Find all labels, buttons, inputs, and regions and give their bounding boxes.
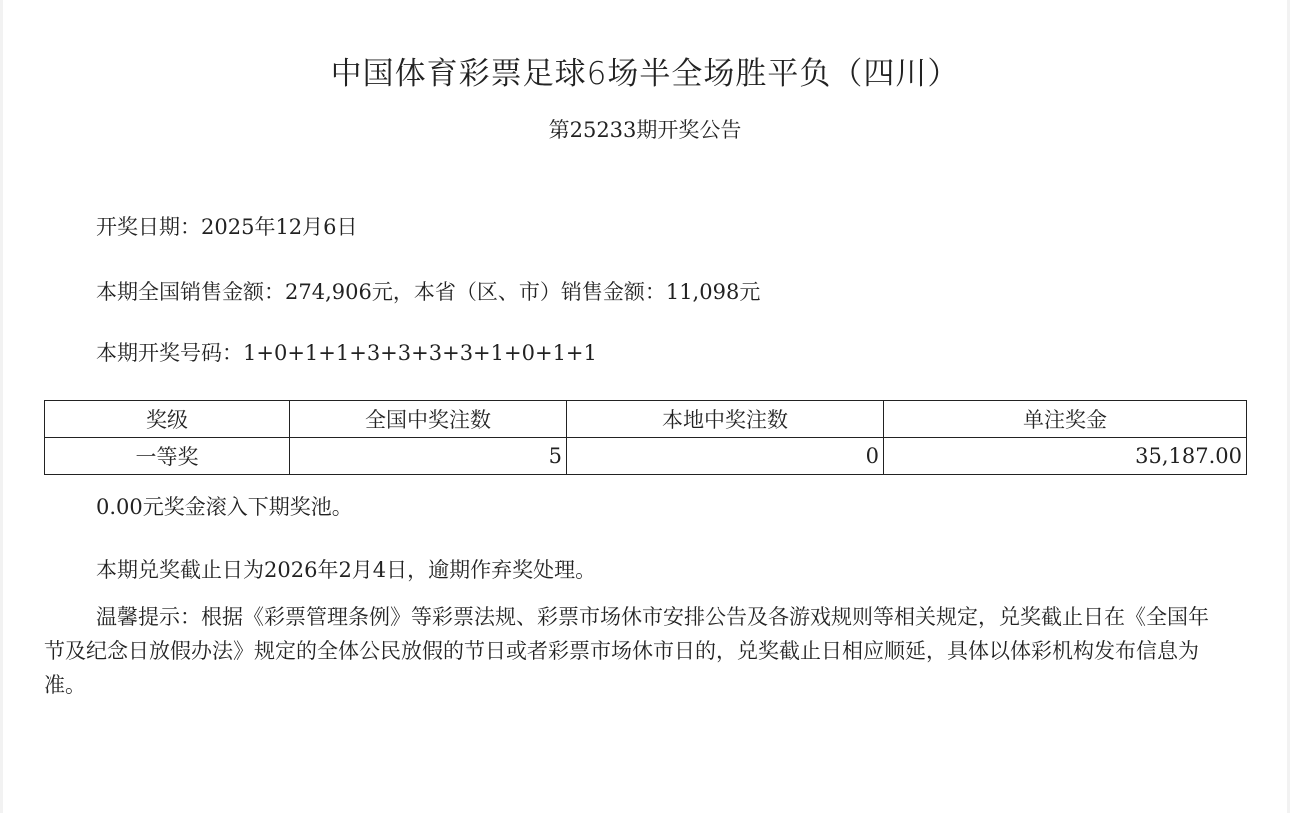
cell-local-winners: 0: [567, 438, 884, 475]
header-local-winners: 本地中奖注数: [567, 401, 884, 438]
prize-table: 奖级 全国中奖注数 本地中奖注数 单注奖金 一等奖 5 0 35,187.00: [44, 400, 1247, 475]
cell-prize-amount: 35,187.00: [884, 438, 1247, 475]
draw-date: 开奖日期：2025年12月6日: [96, 211, 358, 241]
document-page: 中国体育彩票足球6场半全场胜平负（四川） 第25233期开奖公告 开奖日期：20…: [3, 0, 1287, 813]
deadline-note: 本期兑奖截止日为2026年2月4日，逾期作弃奖处理。: [96, 554, 596, 584]
header-prize-level: 奖级: [45, 401, 290, 438]
page-title: 中国体育彩票足球6场半全场胜平负（四川）: [3, 48, 1287, 93]
header-prize-amount: 单注奖金: [884, 401, 1247, 438]
header-national-winners: 全国中奖注数: [290, 401, 567, 438]
reminder-paragraph: 温馨提示：根据《彩票管理条例》等彩票法规、彩票市场休市安排公告及各游戏规则等相关…: [44, 600, 1224, 702]
cell-national-winners: 5: [290, 438, 567, 475]
issue-subtitle: 第25233期开奖公告: [3, 114, 1287, 144]
sales-amount: 本期全国销售金额：274,906元，本省（区、市）销售金额：11,098元: [96, 276, 760, 306]
table-row: 一等奖 5 0 35,187.00: [45, 438, 1247, 475]
table-header-row: 奖级 全国中奖注数 本地中奖注数 单注奖金: [45, 401, 1247, 438]
rollover-note: 0.00元奖金滚入下期奖池。: [96, 491, 353, 521]
winning-numbers: 本期开奖号码：1+0+1+1+3+3+3+3+1+0+1+1: [96, 337, 597, 367]
cell-prize-level: 一等奖: [45, 438, 290, 475]
